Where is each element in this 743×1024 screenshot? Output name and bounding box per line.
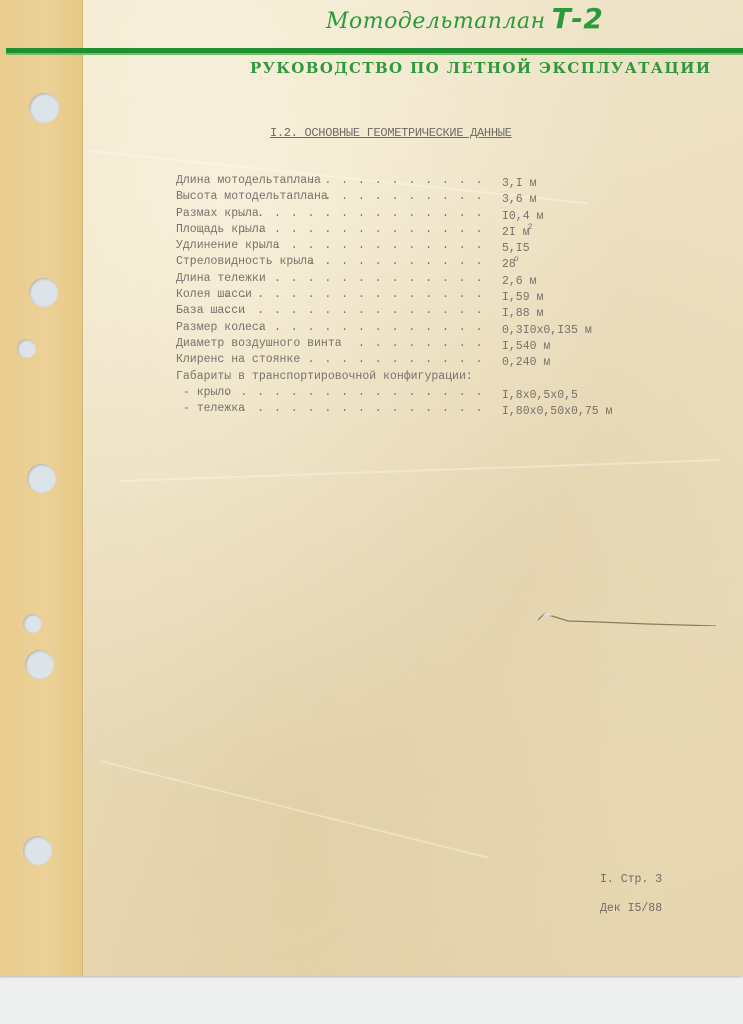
- paper-crease: [100, 760, 489, 859]
- spec-value: I0,4 м: [502, 207, 541, 223]
- spec-value: 5,I5: [502, 239, 528, 255]
- section-title: I.2. ОСНОВНЫЕ ГЕОМЕТРИЧЕСКИЕ ДАННЫЕ: [270, 126, 512, 140]
- spec-row: Колея шасси. . . . . . . . . . . . . . .…: [176, 288, 636, 304]
- binding-strip: [0, 0, 83, 976]
- spec-row: - крыло. . . . . . . . . . . . . . . .I,…: [176, 386, 636, 402]
- paper-tear: [538, 612, 718, 626]
- spec-value-text: 5,I5: [502, 242, 530, 255]
- leader-dots: . . . . . . . . . . . . . . . .: [224, 386, 484, 399]
- spec-label: Стреловидность крыла: [176, 255, 314, 268]
- spec-value: 0,240 м: [502, 353, 548, 369]
- spec-row: - тележка. . . . . . . . . . . . . . .I,…: [176, 402, 636, 418]
- punch-hole: [29, 278, 58, 307]
- spec-value-sup: 2: [528, 223, 533, 232]
- spec-value: I,8х0,5х0,5: [502, 386, 576, 402]
- document-page: МотодельтапланТ-2 РУКОВОДСТВО ПО ЛЕТНОЙ …: [0, 0, 743, 976]
- spec-row: Клиренс на стоянке. . . . . . . . . . .0…: [176, 353, 636, 369]
- spec-row: База шасси. . . . . . . . . . . . . . . …: [176, 304, 636, 320]
- spec-value: 3,I м: [502, 174, 535, 190]
- header-rule: [6, 48, 743, 55]
- leader-dots: . . . . . . . . . . . . . .: [257, 239, 484, 252]
- leader-dots: . . . . . . . . . . .: [308, 255, 484, 268]
- spec-value-text: I,88 м: [502, 307, 543, 320]
- spec-value: 3,6 м: [502, 190, 535, 206]
- spec-value-text: 2,6 м: [502, 275, 537, 288]
- model-name: Т-2: [552, 2, 604, 35]
- spec-value: I,88 м: [502, 304, 541, 320]
- leader-dots: . . . . . . . . . . . . . . .: [240, 402, 484, 415]
- spec-row: Удлинение крыла. . . . . . . . . . . . .…: [176, 239, 636, 255]
- spec-value: 2,6 м: [502, 272, 535, 288]
- spec-value-text: 0,240 м: [502, 356, 550, 369]
- brand-name: Мотодельтаплан: [326, 9, 546, 34]
- revision-date: Дек I5/88: [600, 902, 662, 931]
- spec-label: Диаметр воздушного винта: [176, 337, 342, 350]
- spec-row: Размах крыла. . . . . . . . . . . . . . …: [176, 207, 636, 223]
- leader-dots: . . . . . . . . . . . . . .: [257, 272, 484, 285]
- spec-value-text: I,8х0,5х0,5: [502, 389, 578, 402]
- page-footer: I. Стр. 3 Дек I5/88: [600, 873, 662, 931]
- spec-value-text: 0,3I0х0,I35 м: [502, 324, 592, 337]
- spec-value-text: I,540 м: [502, 340, 550, 353]
- spec-row: Длина мотодельтаплана. . . . . . . . . .…: [176, 174, 636, 190]
- punch-hole: [17, 339, 36, 358]
- leader-dots: . . . . . . . . . . . . . . .: [240, 223, 484, 236]
- spec-label: Высота мотодельтаплана: [176, 190, 328, 203]
- leader-dots: . . . . . . . .: [358, 337, 484, 350]
- punch-hole: [23, 836, 52, 865]
- spec-label: - тележка: [176, 402, 245, 415]
- spec-row: Длина тележки. . . . . . . . . . . . . .…: [176, 272, 636, 288]
- spec-row: Стреловидность крыла. . . . . . . . . . …: [176, 255, 636, 271]
- punch-hole: [25, 650, 54, 679]
- spec-value-text: 2I м: [502, 226, 530, 239]
- leader-dots: . . . . . . . . . . . . . . .: [240, 321, 484, 334]
- spec-group-label: Габариты в транспортировочной конфигурац…: [176, 370, 473, 383]
- leader-dots: . . . . . . . . . . . . . . . .: [224, 288, 484, 301]
- spec-label: Длина тележки: [176, 272, 266, 285]
- punch-hole: [23, 614, 42, 633]
- spec-value-text: 3,I м: [502, 177, 537, 190]
- punch-hole: [29, 93, 59, 123]
- spec-value: I,59 м: [502, 288, 541, 304]
- spec-value: 2I м2: [502, 223, 532, 239]
- spec-value: 0,3I0х0,I35 м: [502, 321, 590, 337]
- spec-value-text: I,80х0,50х0,75 м: [502, 405, 612, 418]
- spec-value-text: 3,6 м: [502, 193, 537, 206]
- spec-row: Высота мотодельтаплана. . . . . . . . . …: [176, 190, 636, 206]
- leader-dots: . . . . . . . . . . .: [308, 353, 484, 366]
- spec-row: Размер колеса. . . . . . . . . . . . . .…: [176, 321, 636, 337]
- spec-value: I,540 м: [502, 337, 548, 353]
- spec-row: Диаметр воздушного винта. . . . . . . .I…: [176, 337, 636, 353]
- spec-label: Клиренс на стоянке: [176, 353, 300, 366]
- spec-value-text: I,59 м: [502, 291, 543, 304]
- leader-dots: . . . . . . . . . .: [324, 190, 484, 203]
- spec-table: Длина мотодельтаплана. . . . . . . . . .…: [176, 174, 636, 418]
- spec-value: I,80х0,50х0,75 м: [502, 402, 610, 418]
- punch-hole: [27, 464, 56, 493]
- manual-subtitle: РУКОВОДСТВО ПО ЛЕТНОЙ ЭКСПЛУАТАЦИИ: [250, 59, 711, 77]
- spec-value-sup: о: [514, 255, 519, 264]
- spec-row: Площадь крыла. . . . . . . . . . . . . .…: [176, 223, 636, 239]
- paper-crease: [120, 459, 720, 482]
- leader-dots: . . . . . . . . . . . .: [291, 174, 484, 187]
- leader-dots: . . . . . . . . . . . . . . . .: [224, 304, 484, 317]
- spec-row-group-heading: Габариты в транспортировочной конфигурац…: [176, 370, 636, 386]
- spec-value: 28о: [502, 255, 519, 271]
- brand-title: МотодельтапланТ-2: [326, 2, 603, 35]
- page-number: I. Стр. 3: [600, 873, 662, 902]
- leader-dots: . . . . . . . . . . . . . . .: [240, 207, 484, 220]
- spec-value-text: I0,4 м: [502, 210, 543, 223]
